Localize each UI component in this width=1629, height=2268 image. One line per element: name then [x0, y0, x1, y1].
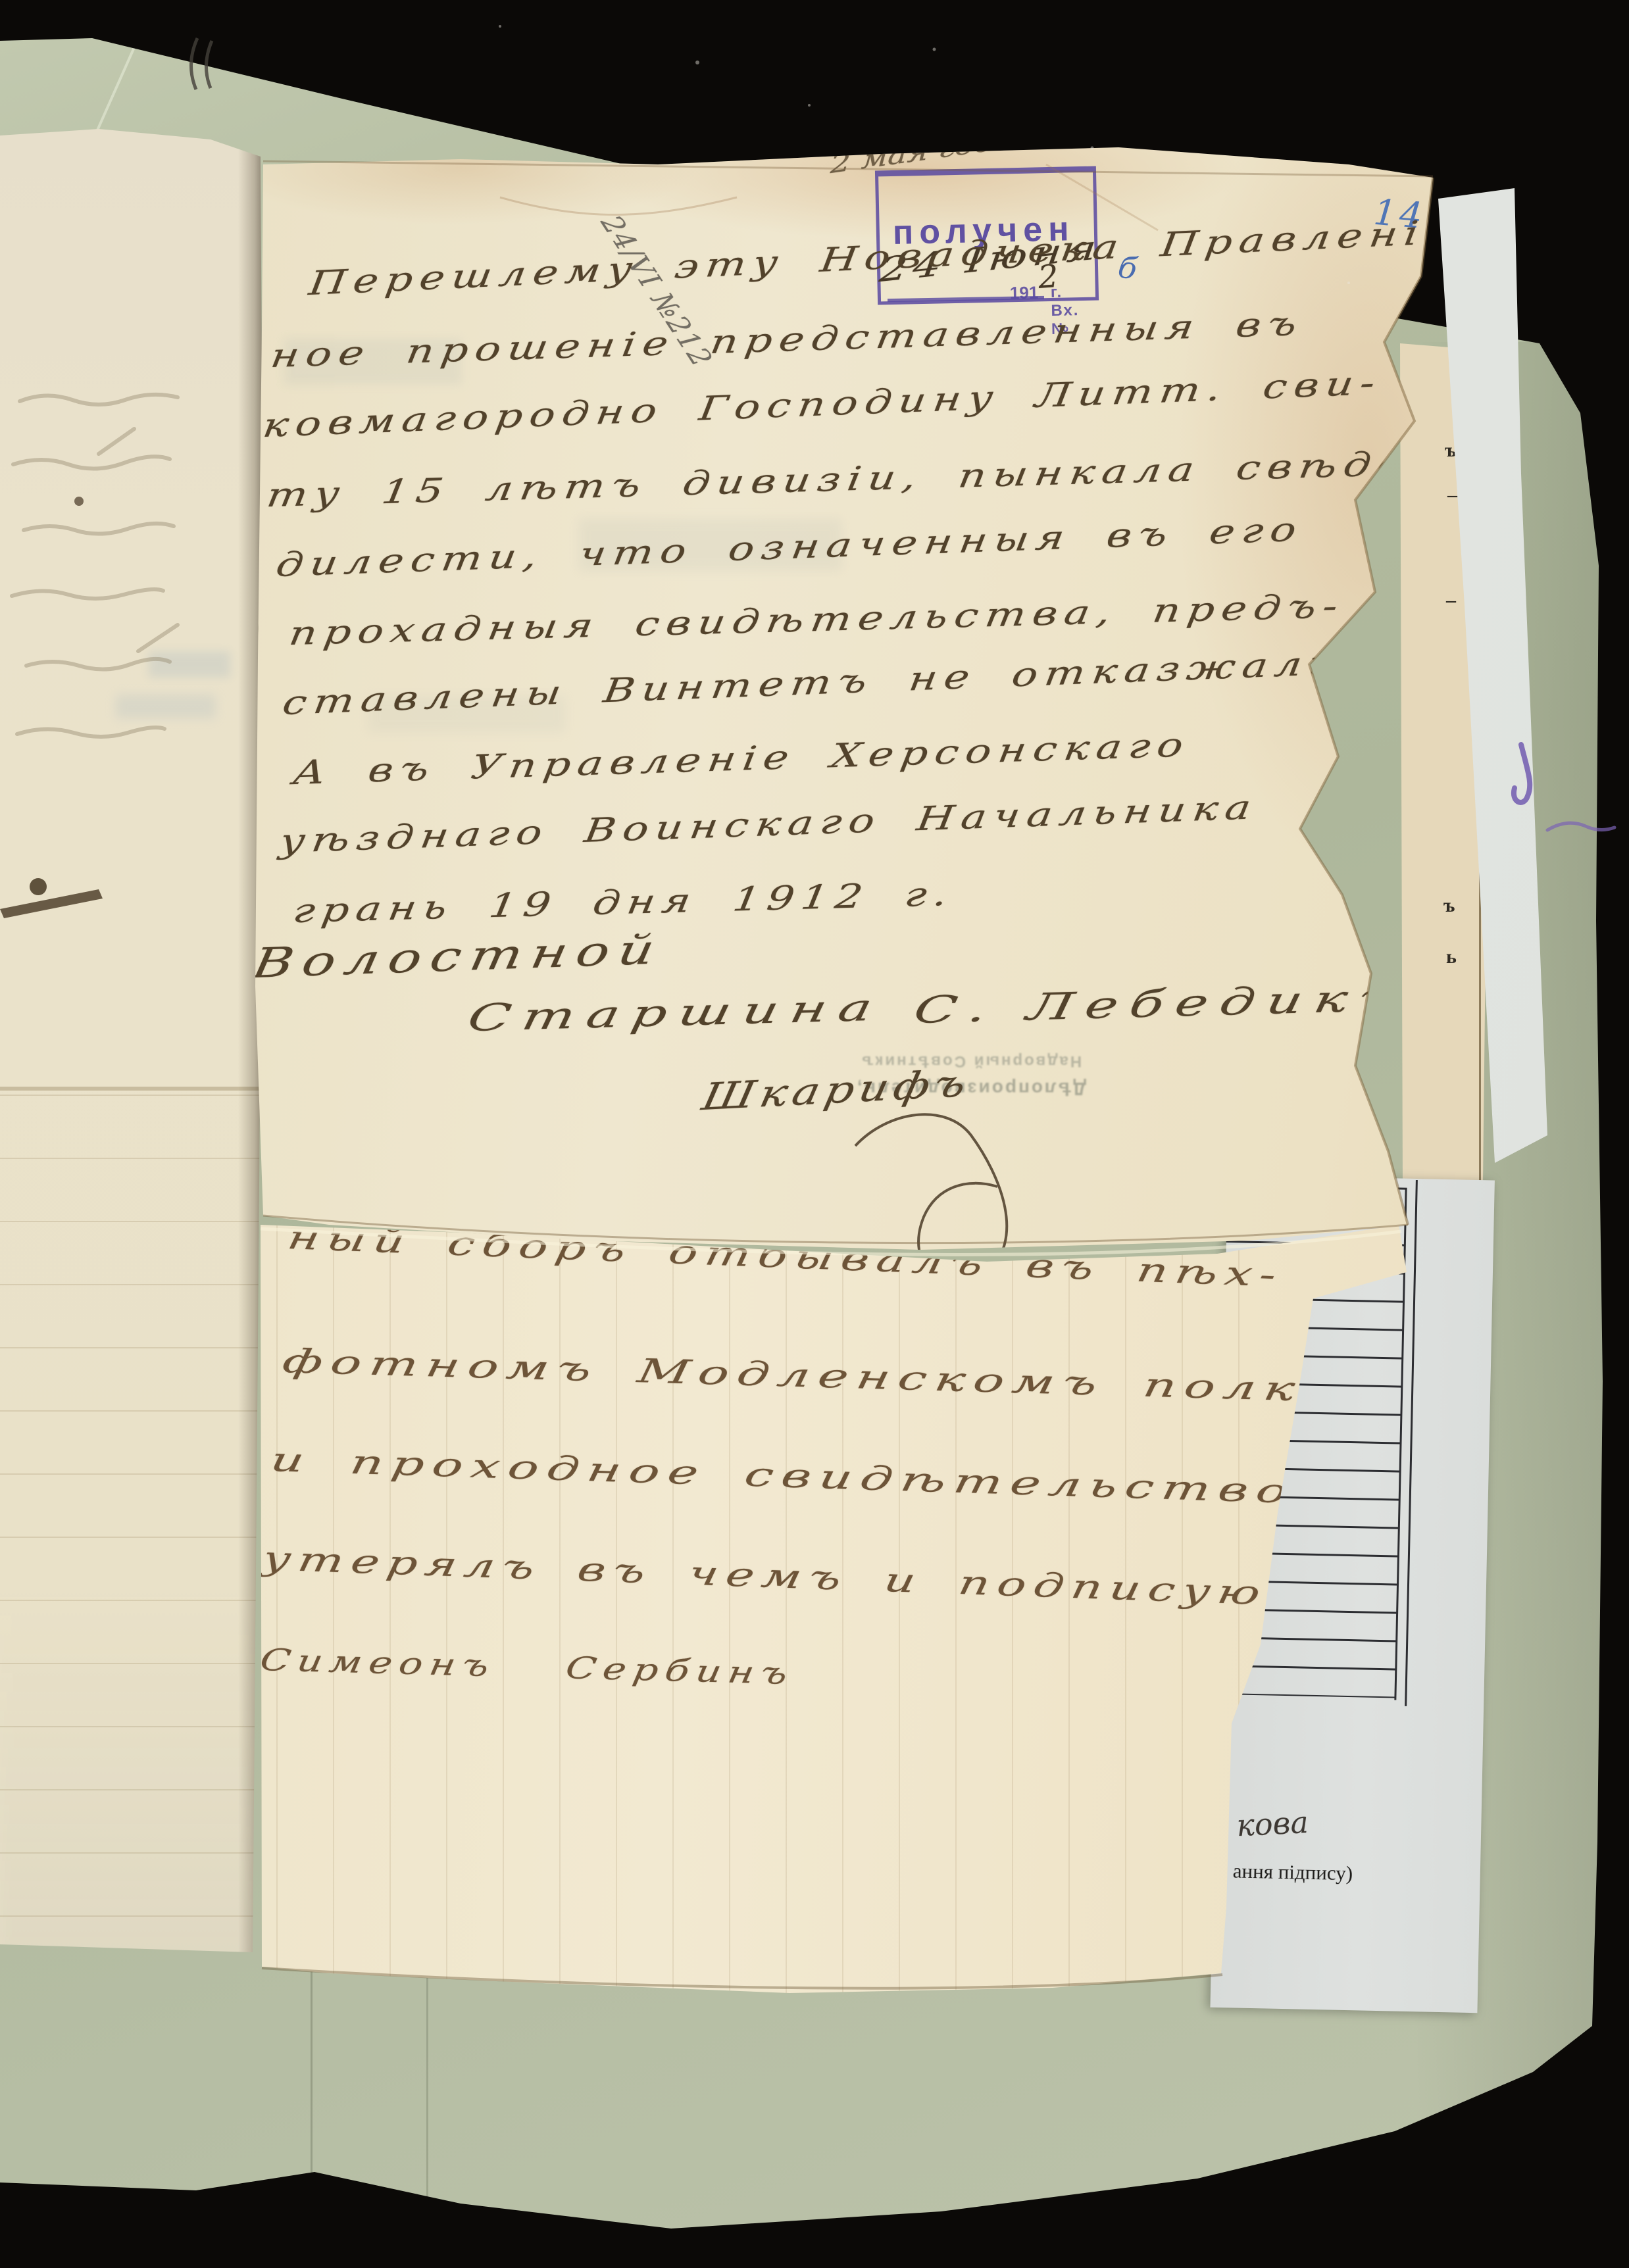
left-page-ruling: [0, 1095, 263, 1950]
printed-letter: ъ: [1443, 895, 1455, 917]
folder-crease: [91, 46, 136, 143]
printed-letter: –: [1446, 589, 1456, 612]
slip-signature: кова: [1236, 1804, 1309, 1843]
ink-smudge: [116, 695, 216, 718]
table-grid-border: [1405, 1180, 1418, 1706]
printed-letter: ь: [1446, 946, 1457, 968]
stamp-year: 191: [1010, 282, 1039, 303]
slip-caption: ання підпису): [1232, 1859, 1353, 1885]
archive-photo: ъ – – ъ ь кова ання підпису) ный сборъ о…: [0, 0, 1629, 2268]
folder-fold-line: [311, 1960, 313, 2184]
ink-smudge: [149, 651, 230, 678]
lower-document-ruling: [276, 1223, 1263, 1993]
left-page-seam: [0, 1087, 262, 1091]
folder-fold-line: [426, 1973, 428, 2204]
printed-letter: –: [1447, 484, 1457, 506]
